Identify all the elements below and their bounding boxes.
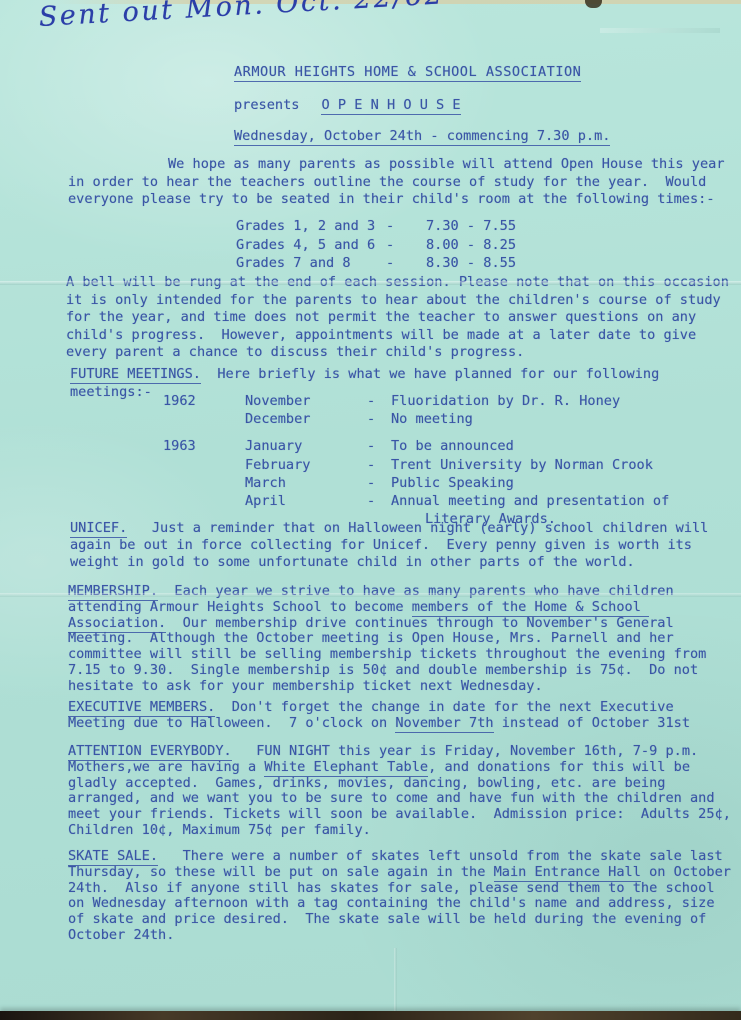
presents-line: presents O P E N H O U S E (234, 97, 461, 115)
future-meetings-heading: FUTURE MEETINGS. (70, 366, 201, 384)
event-dateline: Wednesday, October 24th - commencing 7.3… (234, 128, 610, 146)
meeting-row: 1963 January - To be announced (68, 437, 669, 455)
section-executive-members: EXECUTIVE MEMBERS. Don't forget the chan… (68, 699, 736, 731)
meeting-row: February - Trent University by Norman Cr… (68, 456, 669, 474)
meeting-year (163, 474, 245, 492)
meeting-topic: To be announced (391, 437, 514, 455)
meeting-year: 1962 (163, 392, 245, 410)
section-unicef-heading: UNICEF. (70, 520, 127, 538)
meeting-topic: Trent University by Norman Crook (391, 456, 653, 474)
bell-paragraph: A bell will be rung at the end of each s… (66, 274, 732, 362)
schedule-dash: - (386, 236, 426, 255)
schedule-row: Grades 4, 5 and 6 - 8.00 - 8.25 (236, 236, 516, 255)
section-executive-underlined: November 7th (395, 715, 493, 733)
meeting-dash: - (367, 492, 391, 510)
schedule-row: Grades 1, 2 and 3 - 7.30 - 7.55 (236, 217, 516, 236)
grade-schedule-table: Grades 1, 2 and 3 - 7.30 - 7.55 Grades 4… (236, 217, 516, 273)
section-attention-everybody: ATTENTION EVERYBODY. FUN NIGHT this year… (68, 744, 734, 839)
meeting-topic: Public Speaking (391, 474, 514, 492)
meeting-dash: - (367, 474, 391, 492)
scanned-letter-page: Sent out Mon. Oct. 22/62 ARMOUR HEIGHTS … (0, 0, 741, 1020)
intro-paragraph: We hope as many parents as possible will… (68, 156, 732, 209)
meeting-dash: - (367, 410, 391, 428)
schedule-grades: Grades 7 and 8 (236, 254, 386, 273)
meeting-month: March (245, 474, 367, 492)
section-unicef-body: Just a reminder that on Halloween night … (70, 520, 717, 570)
schedule-grades: Grades 1, 2 and 3 (236, 217, 386, 236)
event-title: O P E N H O U S E (321, 97, 460, 115)
section-unicef: UNICEF. Just a reminder that on Hallowee… (70, 520, 734, 571)
meeting-topic: No meeting (391, 410, 473, 428)
schedule-dash: - (386, 217, 426, 236)
handwritten-note: Sent out Mon. Oct. 22/62 (38, 0, 445, 33)
presents-label: presents (234, 97, 299, 115)
schedule-grades: Grades 4, 5 and 6 (236, 236, 386, 255)
paper-tear-notch (585, 0, 602, 8)
meeting-year (163, 456, 245, 474)
meeting-row: April - Annual meeting and presentation … (68, 492, 669, 510)
schedule-row: Grades 7 and 8 - 8.30 - 8.55 (236, 254, 516, 273)
schedule-time: 8.00 - 8.25 (426, 236, 516, 255)
section-executive-body-cont: instead of October 31st (494, 715, 690, 731)
meeting-dash: - (367, 456, 391, 474)
meeting-dash: - (367, 437, 391, 455)
section-skate-sale: SKATE SALE. There were a number of skate… (68, 849, 734, 944)
meeting-row: March - Public Speaking (68, 474, 669, 492)
meeting-topic: Fluoridation by Dr. R. Honey (391, 392, 620, 410)
scan-edge-bottom (0, 1011, 741, 1020)
meeting-year (163, 492, 245, 510)
meeting-month: February (245, 456, 367, 474)
meeting-row: December - No meeting (68, 410, 669, 428)
meeting-dash: - (367, 392, 391, 410)
schedule-time: 8.30 - 8.55 (426, 254, 516, 273)
schedule-dash: - (386, 254, 426, 273)
meeting-year: 1963 (163, 437, 245, 455)
meeting-row: 1962 November - Fluoridation by Dr. R. H… (68, 392, 669, 410)
meeting-year (163, 410, 245, 428)
meeting-topic: Annual meeting and presentation of (391, 492, 669, 510)
future-meetings-intro: Here briefly is what we have planned for… (201, 366, 659, 382)
future-meetings-table: 1962 November - Fluoridation by Dr. R. H… (68, 392, 669, 528)
org-title: ARMOUR HEIGHTS HOME & SCHOOL ASSOCIATION (234, 64, 581, 82)
meeting-month: January (245, 437, 367, 455)
schedule-time: 7.30 - 7.55 (426, 217, 516, 236)
meeting-month: November (245, 392, 367, 410)
meeting-month: December (245, 410, 367, 428)
section-membership: MEMBERSHIP. Each year we strive to have … (68, 584, 734, 695)
meeting-month: April (245, 492, 367, 510)
